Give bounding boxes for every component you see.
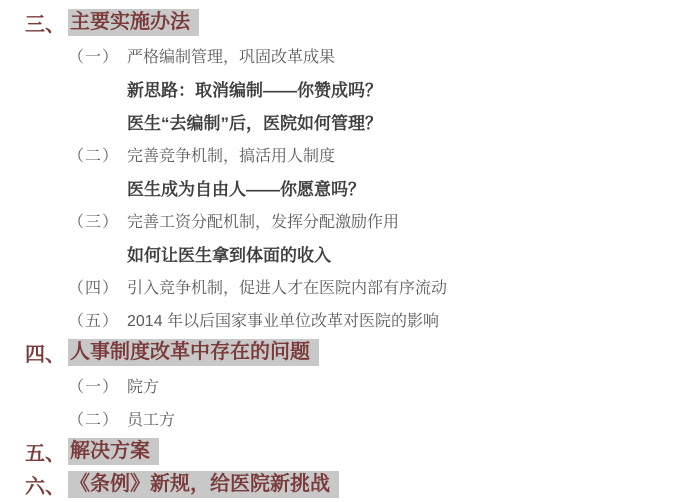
outline-emphasis-item: 医生成为自由人——你愿意吗？ xyxy=(0,171,684,204)
outline-emphasis-item: 新思路：取消编制——你赞成吗？ xyxy=(0,72,684,105)
item-text: 2014 年以后国家事业单位改革对医院的影响 xyxy=(127,308,439,331)
outline-section: 六、 《条例》新规，给医院新挑战 xyxy=(0,468,684,501)
section-heading: 四、 人事制度改革中存在的问题 xyxy=(0,336,684,369)
item-number: （二） xyxy=(68,407,127,430)
item-number: （二） xyxy=(68,143,127,166)
item-text: 引入竞争机制，促进人才在医院内部有序流动 xyxy=(127,275,447,298)
outline-item: （四） 引入竞争机制，促进人才在医院内部有序流动 xyxy=(0,270,684,303)
section-title: 《条例》新规，给医院新挑战 xyxy=(68,471,339,498)
emphasis-text: 医生“去编制”后，医院如何管理？ xyxy=(127,109,382,134)
outline-emphasis-item: 医生“去编制”后，医院如何管理？ xyxy=(0,105,684,138)
emphasis-text: 医生成为自由人——你愿意吗？ xyxy=(127,175,365,200)
item-text: 严格编制管理，巩固改革成果 xyxy=(127,44,335,67)
document-page: 三、 主要实施办法 （一） 严格编制管理，巩固改革成果 新思路：取消编制——你赞… xyxy=(0,0,684,502)
outline-section: 四、 人事制度改革中存在的问题 （一） 院方 （二） 员工方 xyxy=(0,336,684,435)
item-text: 完善工资分配机制，发挥分配激励作用 xyxy=(127,209,399,232)
item-number: （五） xyxy=(68,308,127,331)
outline-item: （二） 员工方 xyxy=(0,402,684,435)
section-heading: 三、 主要实施办法 xyxy=(0,6,684,39)
section-title: 解决方案 xyxy=(68,438,159,465)
outline: 三、 主要实施办法 （一） 严格编制管理，巩固改革成果 新思路：取消编制——你赞… xyxy=(0,6,684,501)
section-title: 人事制度改革中存在的问题 xyxy=(68,339,319,366)
section-items: （一） 严格编制管理，巩固改革成果 新思路：取消编制——你赞成吗？ 医生“去编制… xyxy=(0,39,684,336)
item-text: 员工方 xyxy=(127,407,175,430)
emphasis-text: 新思路：取消编制——你赞成吗？ xyxy=(127,76,382,101)
section-number: 五、 xyxy=(25,437,68,466)
outline-section: 三、 主要实施办法 （一） 严格编制管理，巩固改革成果 新思路：取消编制——你赞… xyxy=(0,6,684,336)
item-number: （一） xyxy=(68,44,127,67)
outline-section: 五、 解决方案 xyxy=(0,435,684,468)
item-number: （一） xyxy=(68,374,127,397)
section-items: （一） 院方 （二） 员工方 xyxy=(0,369,684,435)
outline-item: （一） 院方 xyxy=(0,369,684,402)
section-number: 四、 xyxy=(25,338,68,367)
emphasis-text: 如何让医生拿到体面的收入 xyxy=(127,241,331,266)
item-text: 院方 xyxy=(127,374,159,397)
outline-item: （五） 2014 年以后国家事业单位改革对医院的影响 xyxy=(0,303,684,336)
outline-emphasis-item: 如何让医生拿到体面的收入 xyxy=(0,237,684,270)
section-heading: 五、 解决方案 xyxy=(0,435,684,468)
outline-item: （二） 完善竞争机制，搞活用人制度 xyxy=(0,138,684,171)
item-number: （四） xyxy=(68,275,127,298)
section-number: 六、 xyxy=(25,470,68,499)
item-number: （三） xyxy=(68,209,127,232)
outline-item: （三） 完善工资分配机制，发挥分配激励作用 xyxy=(0,204,684,237)
section-number: 三、 xyxy=(25,8,68,37)
outline-item: （一） 严格编制管理，巩固改革成果 xyxy=(0,39,684,72)
item-text: 完善竞争机制，搞活用人制度 xyxy=(127,143,335,166)
section-heading: 六、 《条例》新规，给医院新挑战 xyxy=(0,468,684,501)
section-title: 主要实施办法 xyxy=(68,9,199,36)
